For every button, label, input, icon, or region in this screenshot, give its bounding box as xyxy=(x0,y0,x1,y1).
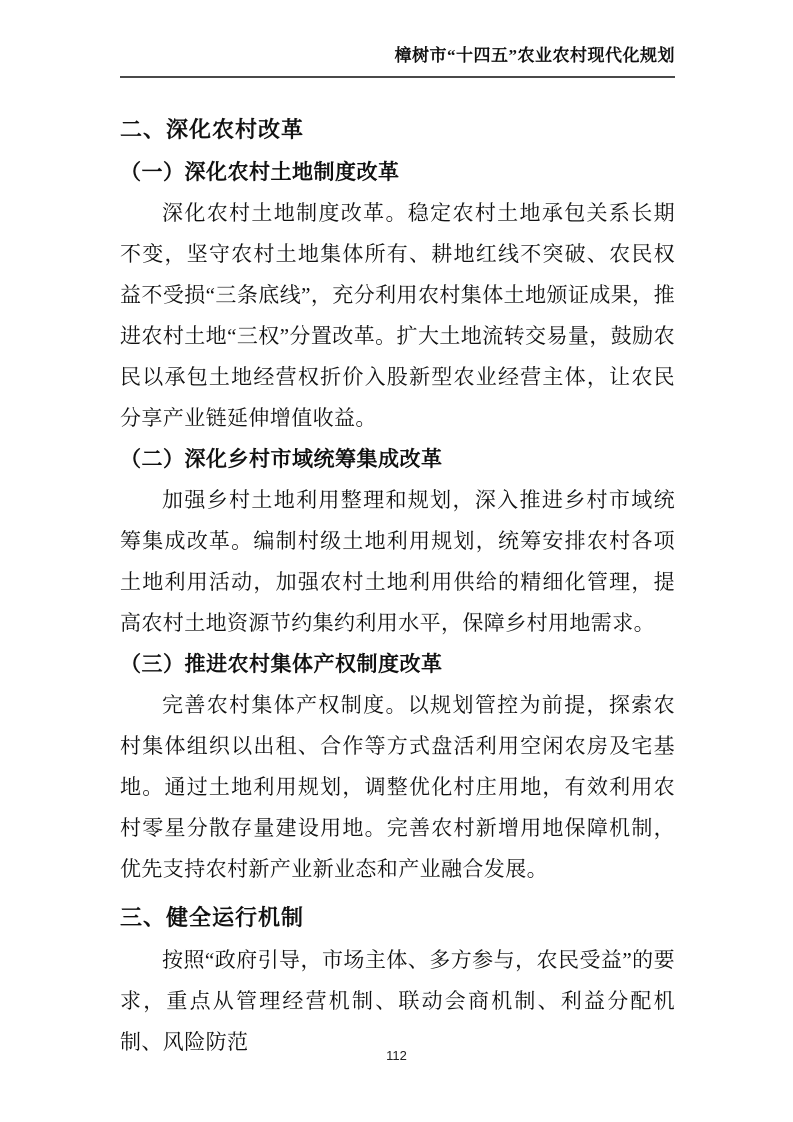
page-header: 樟树市“十四五”农业农村现代化规划 xyxy=(120,44,675,78)
chapter-heading-operation-mechanism: 三、健全运行机制 xyxy=(120,896,675,940)
paragraph-urban-area-integration-reform: 加强乡村土地利用整理和规划，深入推进乡村市域统筹集成改革。编制村级土地利用规划，… xyxy=(120,480,675,644)
subsection-heading-collective-property-rights-reform: （三）推进农村集体产权制度改革 xyxy=(120,644,675,685)
page-footer: 112 xyxy=(0,1048,793,1063)
subsection-heading-urban-area-integration-reform: （二）深化乡村市域统筹集成改革 xyxy=(120,439,675,480)
header-title: 樟树市“十四五”农业农村现代化规划 xyxy=(395,46,676,65)
subsection-heading-land-system-reform: （一）深化农村土地制度改革 xyxy=(120,152,675,193)
paragraph-collective-property-rights-reform: 完善农村集体产权制度。以规划管控为前提，探索农村集体组织以出租、合作等方式盘活利… xyxy=(120,685,675,890)
chapter-heading-deepen-rural-reform: 二、深化农村改革 xyxy=(120,108,675,152)
document-page: 樟树市“十四五”农业农村现代化规划 二、深化农村改革 （一）深化农村土地制度改革… xyxy=(0,0,793,1122)
paragraph-land-system-reform: 深化农村土地制度改革。稳定农村土地承包关系长期不变，坚守农村土地集体所有、耕地红… xyxy=(120,193,675,439)
page-content: 樟树市“十四五”农业农村现代化规划 二、深化农村改革 （一）深化农村土地制度改革… xyxy=(120,44,675,1063)
paragraph-operation-mechanism: 按照“政府引导，市场主体、多方参与，农民受益”的要求，重点从管理经营机制、联动会… xyxy=(120,940,675,1063)
page-number: 112 xyxy=(386,1048,407,1063)
